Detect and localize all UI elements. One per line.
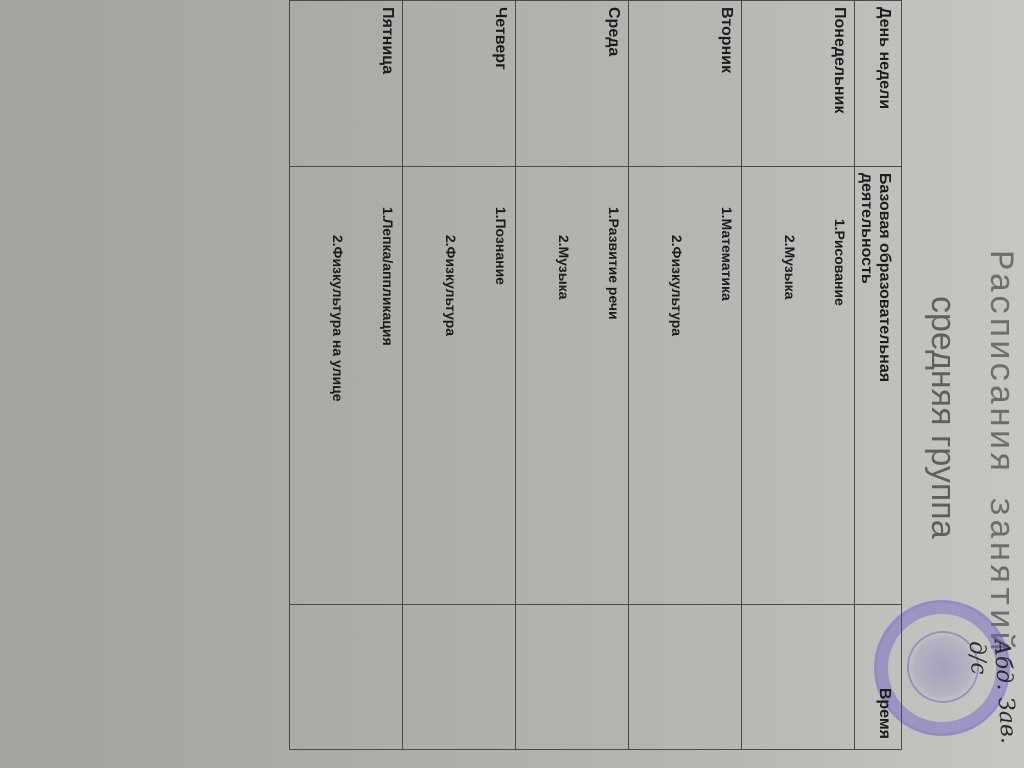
activity-item: 2.Физкультура на улице [330,235,346,594]
schedule-document: Расписания занятий средняя группа Абд. З… [284,0,1024,768]
table-row: Пятница 1.Лепка/аппликация 2.Физкультура… [290,1,403,750]
activity-cell: 1.Развитие речи 2.Музыка [516,166,629,604]
activity-item: 1.Математика [719,207,735,594]
document-subtitle: средняя группа [923,296,962,539]
day-cell: Четверг [403,1,516,167]
activity-cell: 1.Познание 2.Физкультура [403,166,516,604]
time-cell [742,604,855,749]
activity-cell: 1.Математика 2.Физкультура [629,166,742,604]
activity-item: 2.Музыка [556,235,572,594]
header-time: Время [855,604,902,749]
activity-item: 2.Физкультура [443,235,459,594]
table-header-row: День недели Базовая образовательная деят… [855,1,902,750]
day-cell: Пятница [290,1,403,167]
time-cell [290,604,403,749]
activity-item: 2.Физкультура [669,235,685,594]
signature: Абд. Зав. д/с [964,638,1023,768]
table-row: Четверг 1.Познание 2.Физкультура [403,1,516,750]
schedule-table: День недели Базовая образовательная деят… [289,0,902,750]
activity-item: 2.Музыка [782,235,798,594]
activity-cell: 1.Лепка/аппликация 2.Физкультура на улиц… [290,166,403,604]
activity-item: 1.Развитие речи [606,207,622,594]
day-cell: Понедельник [742,1,855,167]
activity-item: 1.Рисование [832,219,848,594]
header-activity-line2: деятельность [858,173,875,284]
header-activity: Базовая образовательная деятельность [855,166,902,604]
table-row: Понедельник 1.Рисование 2.Музыка [742,1,855,750]
time-cell [629,604,742,749]
table-row: Среда 1.Развитие речи 2.Музыка [516,1,629,750]
time-cell [403,604,516,749]
activity-cell: 1.Рисование 2.Музыка [742,166,855,604]
header-day: День недели [855,1,902,167]
document-title: Расписания занятий [980,250,1018,653]
day-cell: Вторник [629,1,742,167]
header-activity-line1: Базовая образовательная [876,173,893,382]
time-cell [516,604,629,749]
day-cell: Среда [516,1,629,167]
activity-item: 1.Познание [493,207,509,594]
table-row: Вторник 1.Математика 2.Физкультура [629,1,742,750]
activity-item: 1.Лепка/аппликация [380,207,396,594]
